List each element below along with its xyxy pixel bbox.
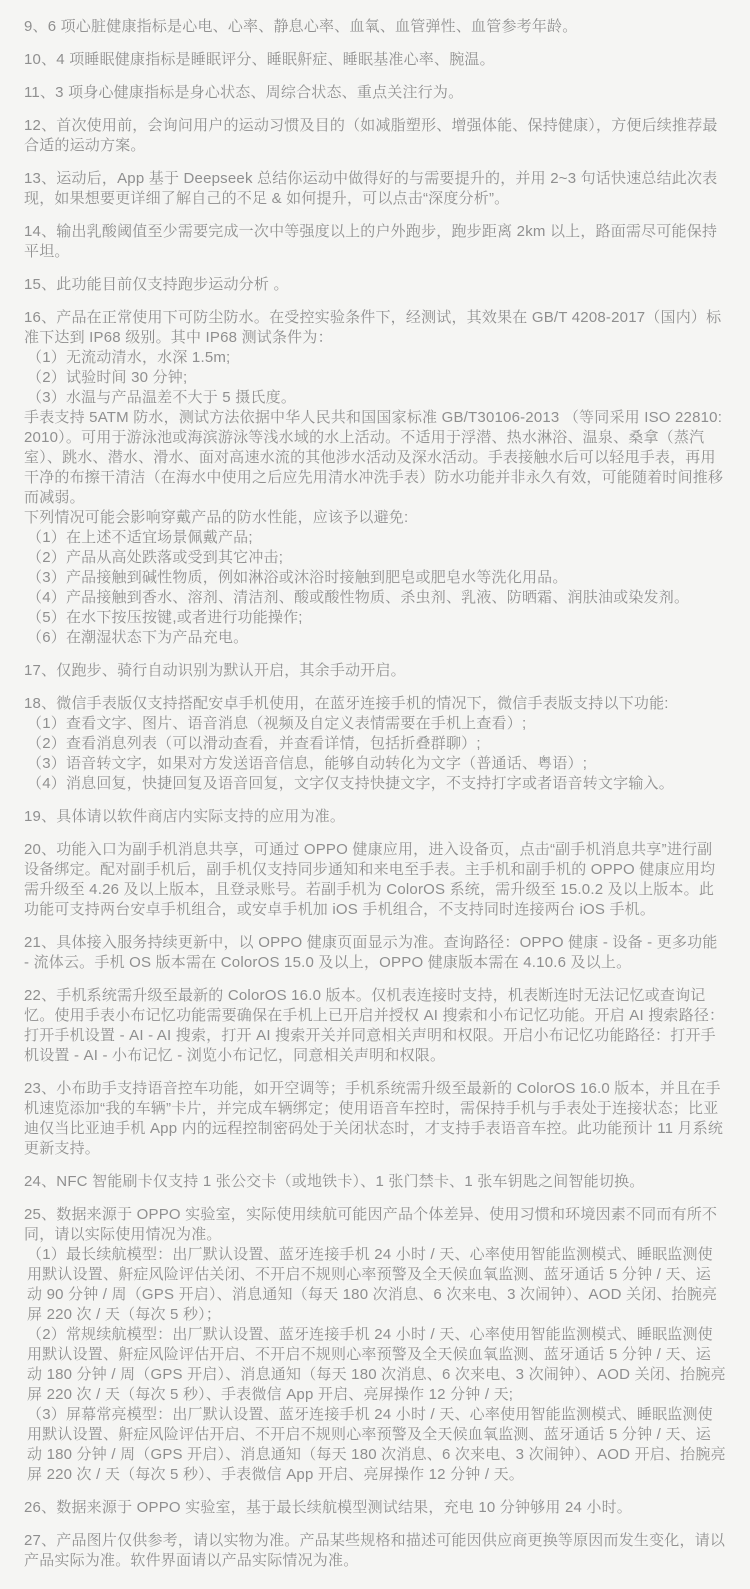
note-subitem: （2）产品从高处跌落或受到其它冲击; (24, 548, 726, 568)
note-subitem: （1）无流动清水，水深 1.5m; (24, 348, 726, 368)
note-subitem: （1）最长续航模型：出厂默认设置、蓝牙连接手机 24 小时 / 天、心率使用智能… (24, 1245, 726, 1325)
note-item: 26、数据来源于 OPPO 实验室，基于最长续航模型测试结果，充电 10 分钟够… (24, 1498, 726, 1518)
note-item: 15、此功能目前仅支持跑步运动分析 。 (24, 275, 726, 295)
note-item: 14、输出乳酸阈值至少需要完成一次中等强度以上的户外跑步，跑步距离 2km 以上… (24, 222, 726, 262)
note-item: 20、功能入口为副手机消息共享，可通过 OPPO 健康应用，进入设备页，点击“副… (24, 840, 726, 920)
note-continuation: 下列情况可能会影响穿戴产品的防水性能，应该予以避免: (24, 508, 726, 528)
note-item: 25、数据来源于 OPPO 实验室，实际使用续航可能因产品个体差异、使用习惯和环… (24, 1205, 726, 1245)
note-item: 16、产品在正常使用下可防尘防水。在受控实验条件下，经测试，其效果在 GB/T … (24, 308, 726, 348)
note-subitem: （6）在潮湿状态下为产品充电。 (24, 628, 726, 648)
note-subitem: （4）产品接触到香水、溶剂、清洁剂、酸或酸性物质、杀虫剂、乳液、防晒霜、润肤油或… (24, 588, 726, 608)
note-item: 11、3 项身心健康指标是身心状态、周综合状态、重点关注行为。 (24, 83, 726, 103)
note-item: 18、微信手表版仅支持搭配安卓手机使用，在蓝牙连接手机的情况下，微信手表版支持以… (24, 694, 726, 714)
note-item: 17、仅跑步、骑行自动识别为默认开启，其余手动开启。 (24, 661, 726, 681)
note-item: 19、具体请以软件商店内实际支持的应用为准。 (24, 807, 726, 827)
note-item: 13、运动后，App 基于 Deepseek 总结你运动中做得好的与需要提升的，… (24, 169, 726, 209)
note-subitem: （1）在上述不适宜场景佩戴产品; (24, 528, 726, 548)
note-subitem: （3）产品接触到碱性物质，例如淋浴或沐浴时接触到肥皂或肥皂水等洗化用品。 (24, 568, 726, 588)
note-subitem: （2）查看消息列表（可以滑动查看，并查看详情，包括折叠群聊）; (24, 734, 726, 754)
note-subitem: （2）试验时间 30 分钟; (24, 368, 726, 388)
note-item: 9、6 项心脏健康指标是心电、心率、静息心率、血氧、血管弹性、血管参考年龄。 (24, 17, 726, 37)
note-subitem: （2）常规续航模型：出厂默认设置、蓝牙连接手机 24 小时 / 天、心率使用智能… (24, 1325, 726, 1405)
note-subitem: （3）屏幕常亮模型：出厂默认设置、蓝牙连接手机 24 小时 / 天、心率使用智能… (24, 1405, 726, 1485)
note-subitem: （3）语音转文字，如果对方发送语音信息，能够自动转化为文字（普通话、粤语）; (24, 754, 726, 774)
note-item: 21、具体接入服务持续更新中，以 OPPO 健康页面显示为准。查询路径：OPPO… (24, 933, 726, 973)
note-item: 12、首次使用前，会询问用户的运动习惯及目的（如减脂塑形、增强体能、保持健康），… (24, 116, 726, 156)
note-subitem: （3）水温与产品温差不大于 5 摄氏度。 (24, 388, 726, 408)
note-item: 22、手机系统需升级至最新的 ColorOS 16.0 版本。仅机表连接时支持，… (24, 986, 726, 1066)
note-item: 23、小布助手支持语音控车功能，如开空调等；手机系统需升级至最新的 ColorO… (24, 1079, 726, 1159)
note-subitem: （5）在水下按压按键,或者进行功能操作; (24, 608, 726, 628)
note-subitem: （4）消息回复，快捷回复及语音回复，文字仅支持快捷文字，不支持打字或者语音转文字… (24, 774, 726, 794)
note-item: 10、4 项睡眠健康指标是睡眠评分、睡眠鼾症、睡眠基准心率、腕温。 (24, 50, 726, 70)
note-item: 27、产品图片仅供参考，请以实物为准。产品某些规格和描述可能因供应商更换等原因而… (24, 1531, 726, 1571)
disclaimer-notes-document: 9、6 项心脏健康指标是心电、心率、静息心率、血氧、血管弹性、血管参考年龄。10… (0, 0, 750, 1571)
note-continuation: 手表支持 5ATM 防水，测试方法依据中华人民共和国国家标准 GB/T30106… (24, 408, 726, 508)
note-subitem: （1）查看文字、图片、语音消息（视频及自定义表情需要在手机上查看）; (24, 714, 726, 734)
note-item: 24、NFC 智能刷卡仅支持 1 张公交卡（或地铁卡）、1 张门禁卡、1 张车钥… (24, 1172, 726, 1192)
